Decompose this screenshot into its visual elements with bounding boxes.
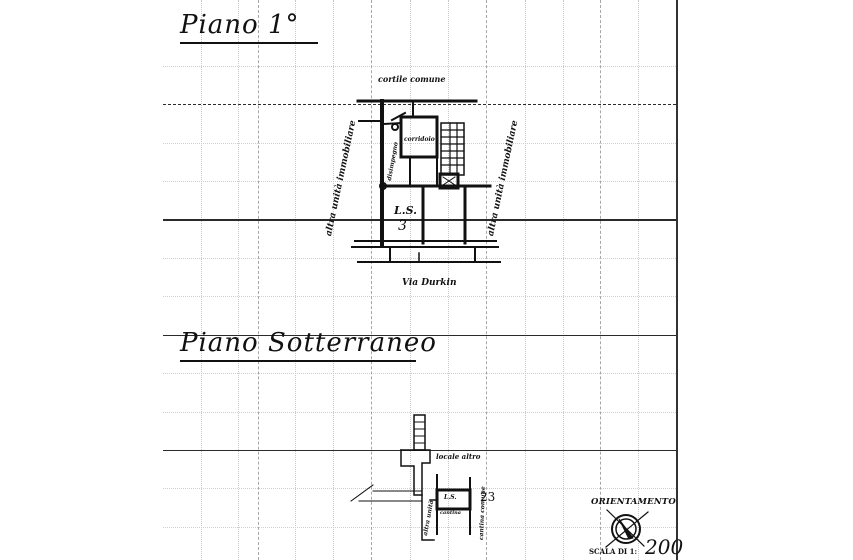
floor-plan-drawing bbox=[0, 0, 853, 560]
plan-sheet: Piano 1° Piano Sotterraneo cortile comun… bbox=[0, 0, 853, 560]
scale-label: SCALA DI 1: bbox=[589, 547, 637, 556]
orientation-label: ORIENTAMENTO bbox=[591, 497, 676, 507]
scale-value: 200 bbox=[645, 535, 683, 559]
